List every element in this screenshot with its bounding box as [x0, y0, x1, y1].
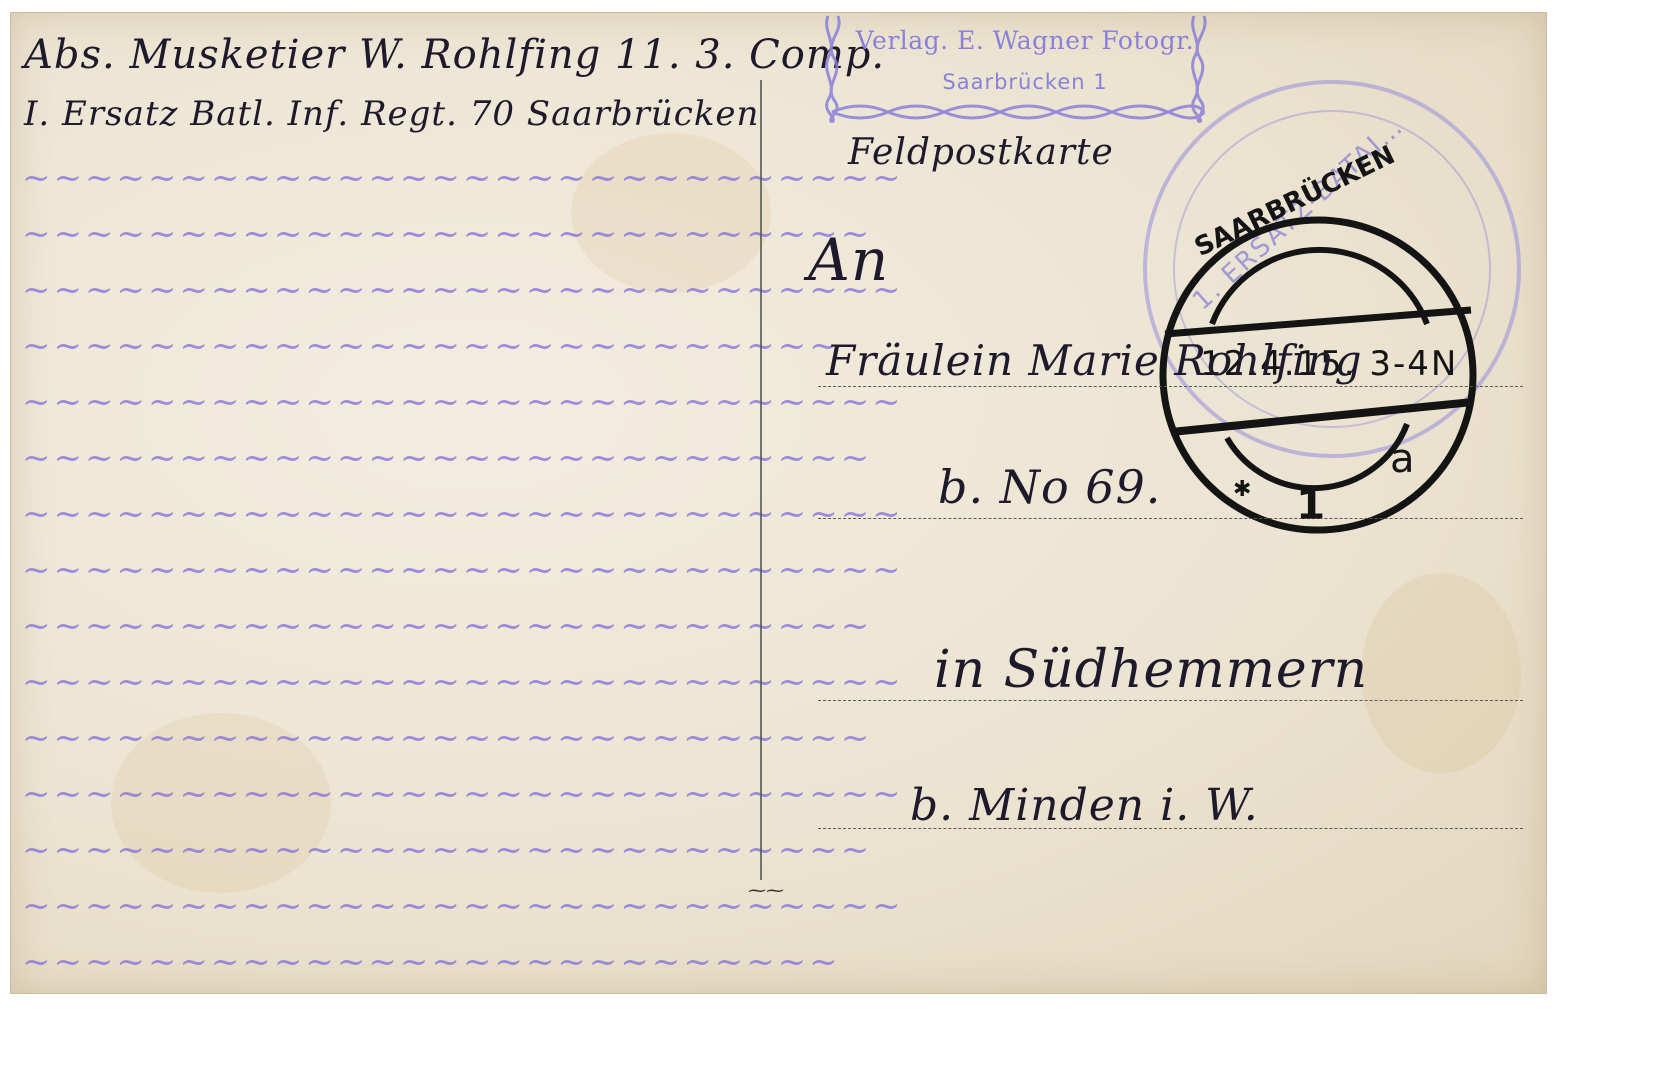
- message-body: ~~~~~~~~~~~~~~~~~~~~~~~~~~~~ ~~~~~~~~~~~…: [22, 150, 762, 990]
- message-line-text: ~~~~~~~~~~~~~~~~~~~~~~~~~~: [22, 942, 841, 982]
- divider-flourish: ⁓⁓: [748, 880, 784, 901]
- message-line: ~~~~~~~~~~~~~~~~~~~~~~~~~~: [22, 934, 762, 990]
- message-line: ~~~~~~~~~~~~~~~~~~~~~~~~~~~~: [22, 542, 762, 598]
- message-line-text: ~~~~~~~~~~~~~~~~~~~~~~~~~~~: [22, 718, 872, 758]
- publisher-stamp: Verlag. E. Wagner Fotogr. Saarbrücken 1: [820, 12, 1210, 124]
- address-line-1: [818, 386, 1523, 387]
- message-line: ~~~~~~~~~~~~~~~~~~~~~~~~~~~: [22, 710, 762, 766]
- message-line-text: ~~~~~~~~~~~~~~~~~~~~~~~~~~~: [22, 606, 872, 646]
- message-line: ~~~~~~~~~~~~~~~~~~~~~~~~~~~~: [22, 486, 762, 542]
- message-line: ~~~~~~~~~~~~~~~~~~~~~~~~~~: [22, 318, 762, 374]
- message-line-text: ~~~~~~~~~~~~~~~~~~~~~~~~~~: [22, 326, 841, 366]
- message-line-text: ~~~~~~~~~~~~~~~~~~~~~~~~~~~: [22, 830, 872, 870]
- message-line: ~~~~~~~~~~~~~~~~~~~~~~~~~~~~: [22, 766, 762, 822]
- postmark-star-icon: ✱: [1233, 477, 1251, 502]
- address-line-3: [818, 700, 1523, 701]
- address-district: b. Minden i. W.: [910, 780, 1259, 831]
- message-line-text: ~~~~~~~~~~~~~~~~~~~~~~~~~~~: [22, 438, 872, 478]
- address-house: b. No 69.: [938, 460, 1161, 514]
- publisher-name: Verlag. E. Wagner Fotogr.: [850, 26, 1200, 55]
- message-line: ~~~~~~~~~~~~~~~~~~~~~~~~~~~: [22, 598, 762, 654]
- message-line-text: ~~~~~~~~~~~~~~~~~~~~~~~~~~~~: [22, 662, 904, 702]
- address-to: An: [808, 226, 889, 294]
- message-line: ~~~~~~~~~~~~~~~~~~~~~~~~~~~~: [22, 878, 762, 934]
- message-line-text: ~~~~~~~~~~~~~~~~~~~~~~~~~~~~: [22, 158, 904, 198]
- message-line-text: ~~~~~~~~~~~~~~~~~~~~~~~~~~~~: [22, 550, 904, 590]
- address-line-4: [818, 828, 1523, 829]
- address-line-2: [818, 518, 1523, 519]
- card-type-heading: Feldpostkarte: [848, 132, 1114, 173]
- message-line-text: ~~~~~~~~~~~~~~~~~~~~~~~~~~~~: [22, 494, 904, 534]
- message-line-text: ~~~~~~~~~~~~~~~~~~~~~~~~~~~~: [22, 270, 904, 310]
- center-divider-line: [760, 80, 762, 880]
- postmark-letter: a: [1390, 436, 1415, 482]
- message-line-text: ~~~~~~~~~~~~~~~~~~~~~~~~~~~~: [22, 774, 904, 814]
- sender-line-1: Abs. Musketier W. Rohlfing 11. 3. Comp.: [24, 32, 885, 78]
- message-line: ~~~~~~~~~~~~~~~~~~~~~~~~~~~: [22, 822, 762, 878]
- message-line: ~~~~~~~~~~~~~~~~~~~~~~~~~~~~: [22, 150, 762, 206]
- message-line: ~~~~~~~~~~~~~~~~~~~~~~~~~~~: [22, 206, 762, 262]
- address-town: in Südhemmern: [934, 640, 1368, 700]
- sender-line-2: I. Ersatz Batl. Inf. Regt. 70 Saarbrücke…: [24, 94, 759, 134]
- paper-stain: [1361, 573, 1521, 773]
- message-line: ~~~~~~~~~~~~~~~~~~~~~~~~~~~~: [22, 654, 762, 710]
- message-line: ~~~~~~~~~~~~~~~~~~~~~~~~~~~~: [22, 374, 762, 430]
- postmark-office-number: 1: [1296, 480, 1325, 529]
- address-name: Fräulein Marie Rohlfing: [826, 336, 1363, 385]
- message-line: ~~~~~~~~~~~~~~~~~~~~~~~~~~~~: [22, 262, 762, 318]
- message-line: ~~~~~~~~~~~~~~~~~~~~~~~~~~~: [22, 430, 762, 486]
- publisher-city: Saarbrücken 1: [850, 70, 1200, 94]
- message-line-text: ~~~~~~~~~~~~~~~~~~~~~~~~~~~~: [22, 382, 904, 422]
- message-line-text: ~~~~~~~~~~~~~~~~~~~~~~~~~~~: [22, 214, 872, 254]
